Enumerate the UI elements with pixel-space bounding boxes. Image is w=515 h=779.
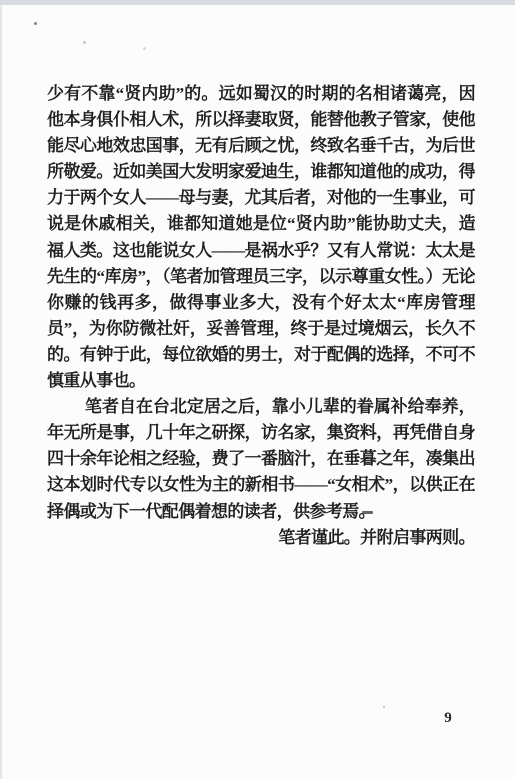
text-line-paragraph-start: 笔者自在台北定居之后，靠小儿辈的眷属补给奉养，终	[47, 394, 475, 420]
scan-edge-line	[0, 5, 2, 779]
text-line: 员”，为你防微社奸，妥善管理，终于是过境烟云，长久不了	[47, 316, 475, 342]
text-line: 择偶或为下一代配偶着想的读者，供参考焉。	[47, 499, 475, 525]
text-line: 的。有钟于此，每位欲婚的男士，对于配偶的选择，不可不	[47, 342, 475, 368]
book-page: 少有不靠“贤内助”的。远如蜀汉的时期的名相诸蔼亮，因 他本身俱仆相人术，所以择妻…	[0, 0, 515, 779]
text-line: 四十余年论相之经验，费了一番脑汁，在垂暮之年，凑集出	[47, 446, 475, 472]
scan-speck	[34, 22, 37, 25]
text-line: 所敬爱。近如美国大发明家爱迪生，谁都知道他的成功，得	[47, 159, 475, 185]
text-line: 说是休戚相关，谁都知道她是位“贤内助”能协助丈夫，造	[47, 211, 475, 237]
text-line: 先生的“库房”，（笔者加管理员三字，以示尊重女性。）无论	[47, 264, 475, 290]
text-line: 他本身俱仆相人术，所以择妻取贤，能替他教子管家，使他	[47, 107, 475, 133]
text-line: 力于两个女人——母与妻，尤其后者，对他的一生事业，可	[47, 185, 475, 211]
page-number: 9	[436, 710, 460, 727]
text-line-signoff: 笔者谨此。并附启事两则。	[47, 525, 475, 551]
scan-speck	[143, 47, 146, 50]
body-text: 少有不靠“贤内助”的。远如蜀汉的时期的名相诸蔼亮，因 他本身俱仆相人术，所以择妻…	[47, 81, 475, 551]
scan-speck	[383, 706, 385, 708]
text-line: 年无所是事，几十年之研探，访名家，集资料，再凭借自身	[47, 420, 475, 446]
text-line: 少有不靠“贤内助”的。远如蜀汉的时期的名相诸蔼亮，因	[47, 81, 475, 107]
scan-speck	[83, 41, 86, 44]
text-line: 你赚的钱再多，做得事业多大，没有个好太太“库房管理	[47, 290, 475, 316]
ink-smudge	[362, 511, 373, 514]
text-line: 能尽心地效忠国事，无有后顾之忧，终致名垂千古，为后世	[47, 133, 475, 159]
text-line: 慎重从事也。	[47, 368, 475, 394]
scan-edge-band	[0, 0, 515, 5]
text-line: 这本划时代专以女性为主的新相书——“女相术”，以供正在	[47, 472, 475, 498]
text-line: 福人类。这也能说女人——是祸水乎？又有人常说：太太是	[47, 238, 475, 264]
